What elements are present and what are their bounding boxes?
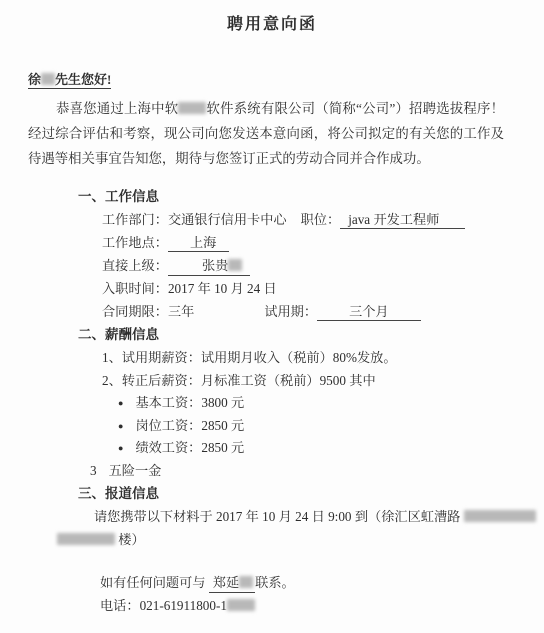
offer-letter-page: 聘用意向函 徐先生您好! 恭喜您通过上海中软软件系统有限公司（简称“公司”）招聘… [0, 0, 544, 633]
contact-text-after: 联系。 [255, 575, 295, 590]
contract-label: 合同期限： [102, 304, 168, 319]
item3-number: 3 [90, 463, 97, 478]
page-title: 聘用意向函 [0, 0, 544, 37]
phone-value: 021-61911800-1 [140, 598, 227, 613]
section-1-heading: 一、工作信息 [78, 185, 544, 208]
location-line: 工作地点：上海 [102, 231, 544, 254]
redacted-address-blur-2 [57, 533, 115, 545]
greeting-name: 徐 [28, 72, 41, 87]
supervisor-label: 直接上级： [102, 258, 168, 273]
bullet-icon: ● [118, 398, 123, 408]
redacted-address-blur-1 [464, 510, 536, 522]
salary-bullet-base: ●基本工资：3800 元 [118, 392, 544, 415]
intro-text-before: 恭喜您通过上海中软 [56, 101, 178, 116]
bullet-text: 基本工资：3800 元 [135, 395, 244, 410]
report-line-2: 楼） [57, 528, 544, 551]
start-date-label: 入职时间： [102, 281, 168, 296]
report-text: 请您携带以下材料于 2017 年 10 月 24 日 9:00 到（徐汇区虹漕路 [94, 509, 460, 524]
greeting: 徐先生您好! [28, 72, 111, 89]
contact-name-wrap: 郑延 [209, 575, 255, 593]
phone-line: 电话：021-61911800-1 [100, 594, 544, 617]
start-date-line: 入职时间：2017 年 10 月 24 日 [102, 277, 544, 300]
start-date-value: 2017 年 10 月 24 日 [168, 281, 277, 296]
intro-paragraph: 恭喜您通过上海中软软件系统有限公司（简称“公司”）招聘选拔程序！经过综合评估和考… [28, 96, 504, 171]
supervisor-value-wrap: 张贵 [168, 258, 250, 276]
probation-value: 三个月 [317, 304, 421, 321]
phone-label: 电话： [100, 598, 140, 613]
contract-probation-line: 合同期限：三年试用期：三个月 [102, 300, 544, 323]
section-3-heading: 三、报道信息 [78, 482, 544, 505]
salary-bullet-perf: ●绩效工资：2850 元 [118, 437, 544, 460]
contact-text-before: 如有任何问题可与 [100, 575, 206, 590]
location-value: 上海 [168, 235, 229, 252]
position-value: java 开发工程师 [340, 212, 465, 229]
section-2-heading: 二、薪酬信息 [78, 323, 544, 346]
dept-value: 交通银行信用卡中心 [168, 212, 287, 227]
location-label: 工作地点： [102, 235, 168, 250]
redacted-name-blur [41, 73, 55, 85]
bullet-text: 岗位工资：2850 元 [135, 418, 244, 433]
bullet-text: 绩效工资：2850 元 [135, 440, 244, 455]
footer: 如有任何问题可与 郑延联系。 电话：021-61911800-1 [0, 571, 544, 617]
greeting-line: 徐先生您好! [28, 71, 544, 89]
contact-line: 如有任何问题可与 郑延联系。 [100, 571, 544, 594]
salary-item-1: 1、试用期薪资：试用期月收入（税前）80%发放。 [102, 346, 544, 369]
contact-name: 郑延 [213, 575, 239, 590]
salary-item-3: 3五险一金 [90, 460, 544, 483]
contract-value: 三年 [168, 304, 194, 319]
greeting-text: 先生您好! [55, 72, 111, 87]
dept-position-line: 工作部门：交通银行信用卡中心职位：java 开发工程师 [102, 208, 544, 231]
item3-text: 五险一金 [109, 463, 162, 478]
report-line-1: 请您携带以下材料于 2017 年 10 月 24 日 9:00 到（徐汇区虹漕路 [94, 505, 544, 528]
bullet-icon: ● [118, 443, 123, 453]
redacted-contact-blur [239, 576, 253, 588]
dept-label: 工作部门： [102, 212, 168, 227]
bullet-icon: ● [118, 421, 123, 431]
position-label: 职位： [301, 212, 341, 227]
supervisor-value: 张贵 [202, 258, 228, 273]
report-text-suffix: 楼） [118, 532, 144, 547]
redacted-supervisor-blur [228, 259, 242, 271]
probation-label: 试用期： [264, 304, 317, 319]
redacted-phone-blur [227, 599, 255, 611]
salary-item-2: 2、转正后薪资：月标准工资（税前）9500 其中 [102, 369, 544, 392]
supervisor-line: 直接上级：张贵 [102, 254, 544, 277]
salary-bullet-post: ●岗位工资：2850 元 [118, 415, 544, 438]
redacted-company-blur [178, 102, 206, 114]
